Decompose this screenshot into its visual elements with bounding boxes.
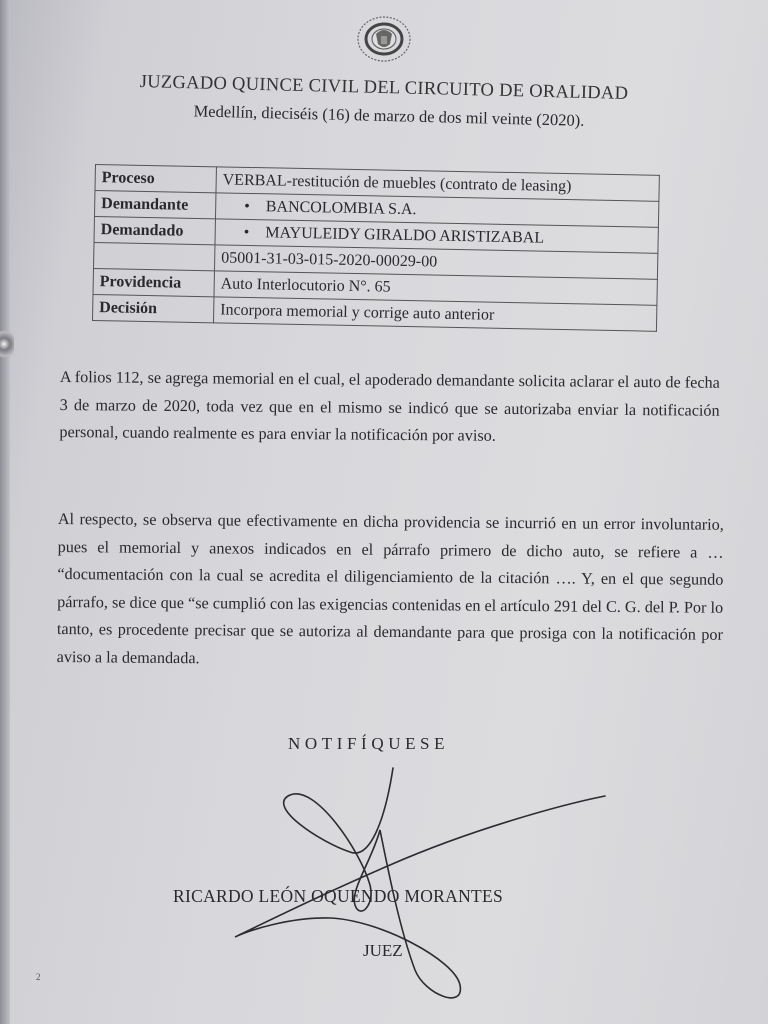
case-row-label: [93, 242, 214, 270]
case-row-value-text: Auto Interlocutorio N°. 65: [221, 275, 391, 295]
case-row-value-text: 05001-31-03-015-2020-00029-00: [221, 249, 437, 270]
case-row-value-text: Incorpora memorial y corrige auto anteri…: [220, 301, 494, 323]
case-row-value-text: MAYULEIDY GIRALDO ARISTIZABAL: [222, 223, 545, 246]
case-info-table: ProcesoVERBAL-restitución de muebles (co…: [92, 164, 660, 332]
case-row-label: Providencia: [93, 268, 214, 296]
notify-heading: NOTIFÍQUESE: [288, 734, 449, 754]
case-row-label: Demandante: [94, 191, 215, 219]
paragraph-2: Al respecto, se observa que efectivament…: [57, 506, 724, 677]
page-number: 2: [36, 972, 41, 982]
case-row-label: Demandado: [94, 216, 215, 244]
judge-role: JUEZ: [363, 941, 403, 961]
paragraph-1: A folios 112, se agrega memorial en el c…: [59, 364, 720, 452]
case-row-label: Decisión: [92, 294, 213, 322]
judge-name: RICARDO LEÓN OQUENDO MORANTES: [173, 886, 503, 907]
case-row-value-text: BANCOLOMBIA S.A.: [222, 197, 417, 218]
case-row-value-text: VERBAL-restitución de muebles (contrato …: [223, 171, 572, 195]
document-page: JUZGADO QUINCE CIVIL DEL CIRCUITO DE ORA…: [0, 0, 768, 1024]
colombia-judicial-seal-icon: [356, 14, 412, 64]
case-row-label: Proceso: [95, 165, 216, 193]
